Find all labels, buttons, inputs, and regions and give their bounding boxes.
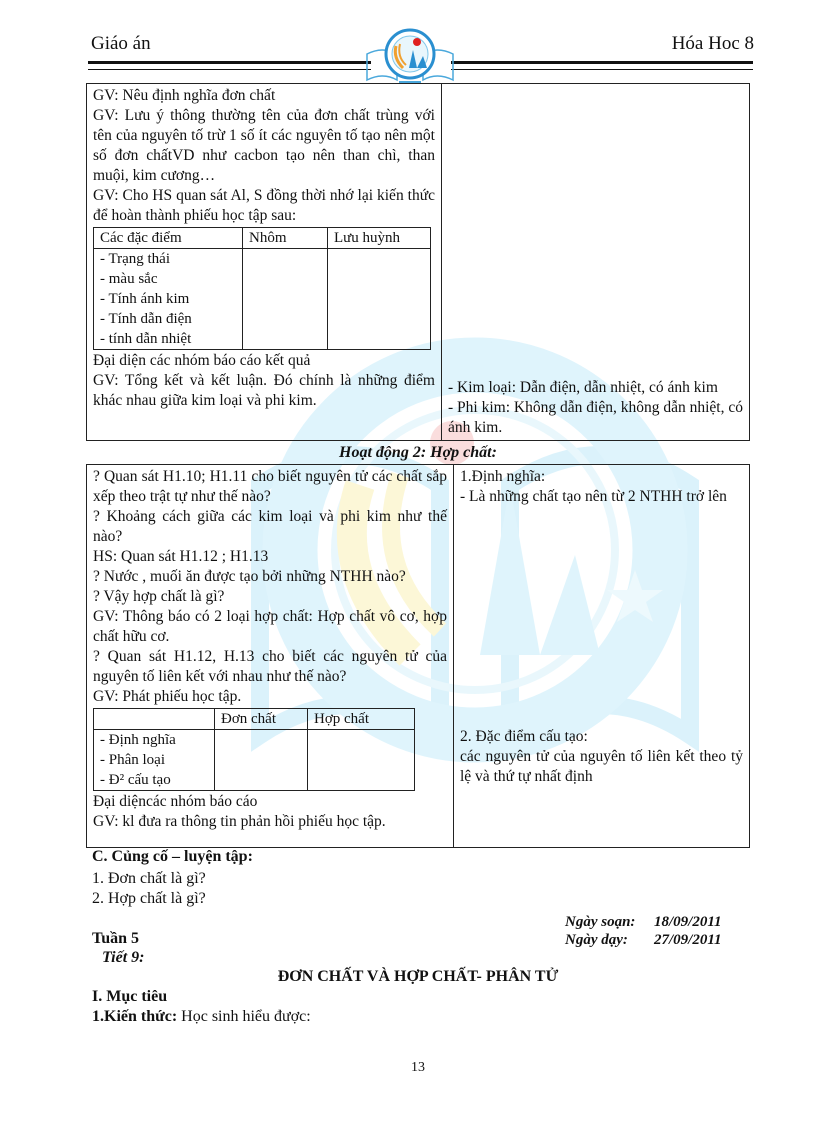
structure-text: các nguyên tử của nguyên tố liên kết the…	[460, 747, 743, 787]
activity1-line: GV: Lưu ý thông thường tên của đơn chất …	[93, 106, 435, 186]
header-right-title: Hóa Hoc 8	[672, 33, 754, 55]
period-label: Tiết 9:	[102, 949, 145, 967]
lesson-title: ĐƠN CHẤT VÀ HỢP CHẤT- PHÂN TỬ	[86, 968, 750, 986]
activity2-line: Đại diệncác nhóm báo cáo	[93, 792, 447, 812]
properties-worksheet: Các đặc điểm Nhôm Lưu huỳnh - Trạng thái…	[93, 227, 431, 350]
worksheet-header: Nhôm	[243, 228, 328, 249]
review-item: 2. Hợp chất là gì?	[92, 890, 206, 908]
activity2-line: ? Quan sát H1.12, H.13 cho biết các nguy…	[93, 647, 447, 687]
activity2-line: HS: Quan sát H1.12 ; H1.13	[93, 547, 447, 567]
worksheet-cell-element	[215, 730, 308, 791]
review-title: C. Củng cố – luyện tập:	[92, 848, 253, 866]
nonmetal-property: - Phi kim: Không dẫn điện, không dẫn nhi…	[448, 398, 743, 438]
worksheet-cell-compound	[308, 730, 415, 791]
definition-text: - Là những chất tạo nên từ 2 NTHH trở lê…	[460, 487, 743, 507]
activity1-content-cell: - Kim loại: Dẫn điện, dẫn nhiệt, có ánh …	[442, 84, 750, 441]
worksheet-header: Các đặc điểm	[94, 228, 243, 249]
school-emblem-logo-icon	[363, 24, 457, 90]
activity1-line: Đại diện các nhóm báo cáo kết quả	[93, 351, 435, 371]
teach-date-label: Ngày dạy:	[565, 932, 628, 949]
activity1-line: GV: Tổng kết và kết luận. Đó chính là nh…	[93, 371, 435, 411]
definition-title: 1.Định nghĩa:	[460, 467, 743, 487]
activity2-line: GV: Thông báo có 2 loại hợp chất: Hợp ch…	[93, 607, 447, 647]
header-left-title: Giáo án	[91, 33, 151, 55]
knowledge-line: 1.Kiến thức: Học sinh hiểu được:	[92, 1008, 311, 1026]
worksheet-row-labels: - Trạng thái - màu sắc - Tính ánh kim - …	[94, 249, 243, 350]
activity2-teacher-cell: ? Quan sát H1.10; H1.11 cho biết nguyên …	[87, 465, 454, 848]
teach-date: 27/09/2011	[654, 932, 722, 949]
activity2-line: GV: kl đưa ra thông tin phản hồi phiếu h…	[93, 812, 447, 832]
prep-date: 18/09/2011	[654, 914, 722, 931]
activity2-line: ? Vậy hợp chất là gì?	[93, 587, 447, 607]
review-item: 1. Đơn chất là gì?	[92, 870, 206, 888]
compound-worksheet: Đơn chất Hợp chất - Định nghĩa - Phân lo…	[93, 708, 415, 791]
activity2-table: ? Quan sát H1.10; H1.11 cho biết nguyên …	[86, 464, 750, 848]
header-rule-right	[451, 61, 753, 70]
structure-title: 2. Đặc điểm cấu tạo:	[460, 727, 743, 747]
worksheet-header: Đơn chất	[215, 709, 308, 730]
activity2-content-cell: 1.Định nghĩa: - Là những chất tạo nên từ…	[454, 465, 750, 848]
worksheet-cell-sulfur	[328, 249, 431, 350]
prep-date-label: Ngày soạn:	[565, 914, 635, 931]
worksheet-header: Lưu huỳnh	[328, 228, 431, 249]
metal-property: - Kim loại: Dẫn điện, dẫn nhiệt, có ánh …	[448, 378, 743, 398]
knowledge-text: Học sinh hiểu được:	[181, 1008, 311, 1025]
activity1-line: GV: Nêu định nghĩa đơn chất	[93, 86, 435, 106]
worksheet-cell-aluminum	[243, 249, 328, 350]
activity2-line: GV: Phát phiếu học tập.	[93, 687, 447, 707]
activity1-teacher-cell: GV: Nêu định nghĩa đơn chất GV: Lưu ý th…	[87, 84, 442, 441]
activity2-line: ? Nước , muối ăn được tạo bởi những NTHH…	[93, 567, 447, 587]
worksheet-header: Hợp chất	[308, 709, 415, 730]
worksheet-header	[94, 709, 215, 730]
activity1-table: GV: Nêu định nghĩa đơn chất GV: Lưu ý th…	[86, 83, 750, 441]
activity2-title: Hoạt động 2: Hợp chất:	[86, 444, 750, 462]
worksheet-row-labels: - Định nghĩa - Phân loại - Đ² cấu tạo	[94, 730, 215, 791]
activity2-line: ? Quan sát H1.10; H1.11 cho biết nguyên …	[93, 467, 447, 507]
objectives-heading: I. Mục tiêu	[92, 988, 167, 1006]
activity1-line: GV: Cho HS quan sát Al, S đồng thời nhớ …	[93, 186, 435, 226]
knowledge-label: 1.Kiến thức:	[92, 1008, 177, 1025]
header-rule-left	[88, 61, 371, 70]
page-number: 13	[400, 1060, 436, 1076]
activity2-line: ? Khoảng cách giữa các kim loại và phi k…	[93, 507, 447, 547]
week-label: Tuần 5	[92, 930, 139, 948]
